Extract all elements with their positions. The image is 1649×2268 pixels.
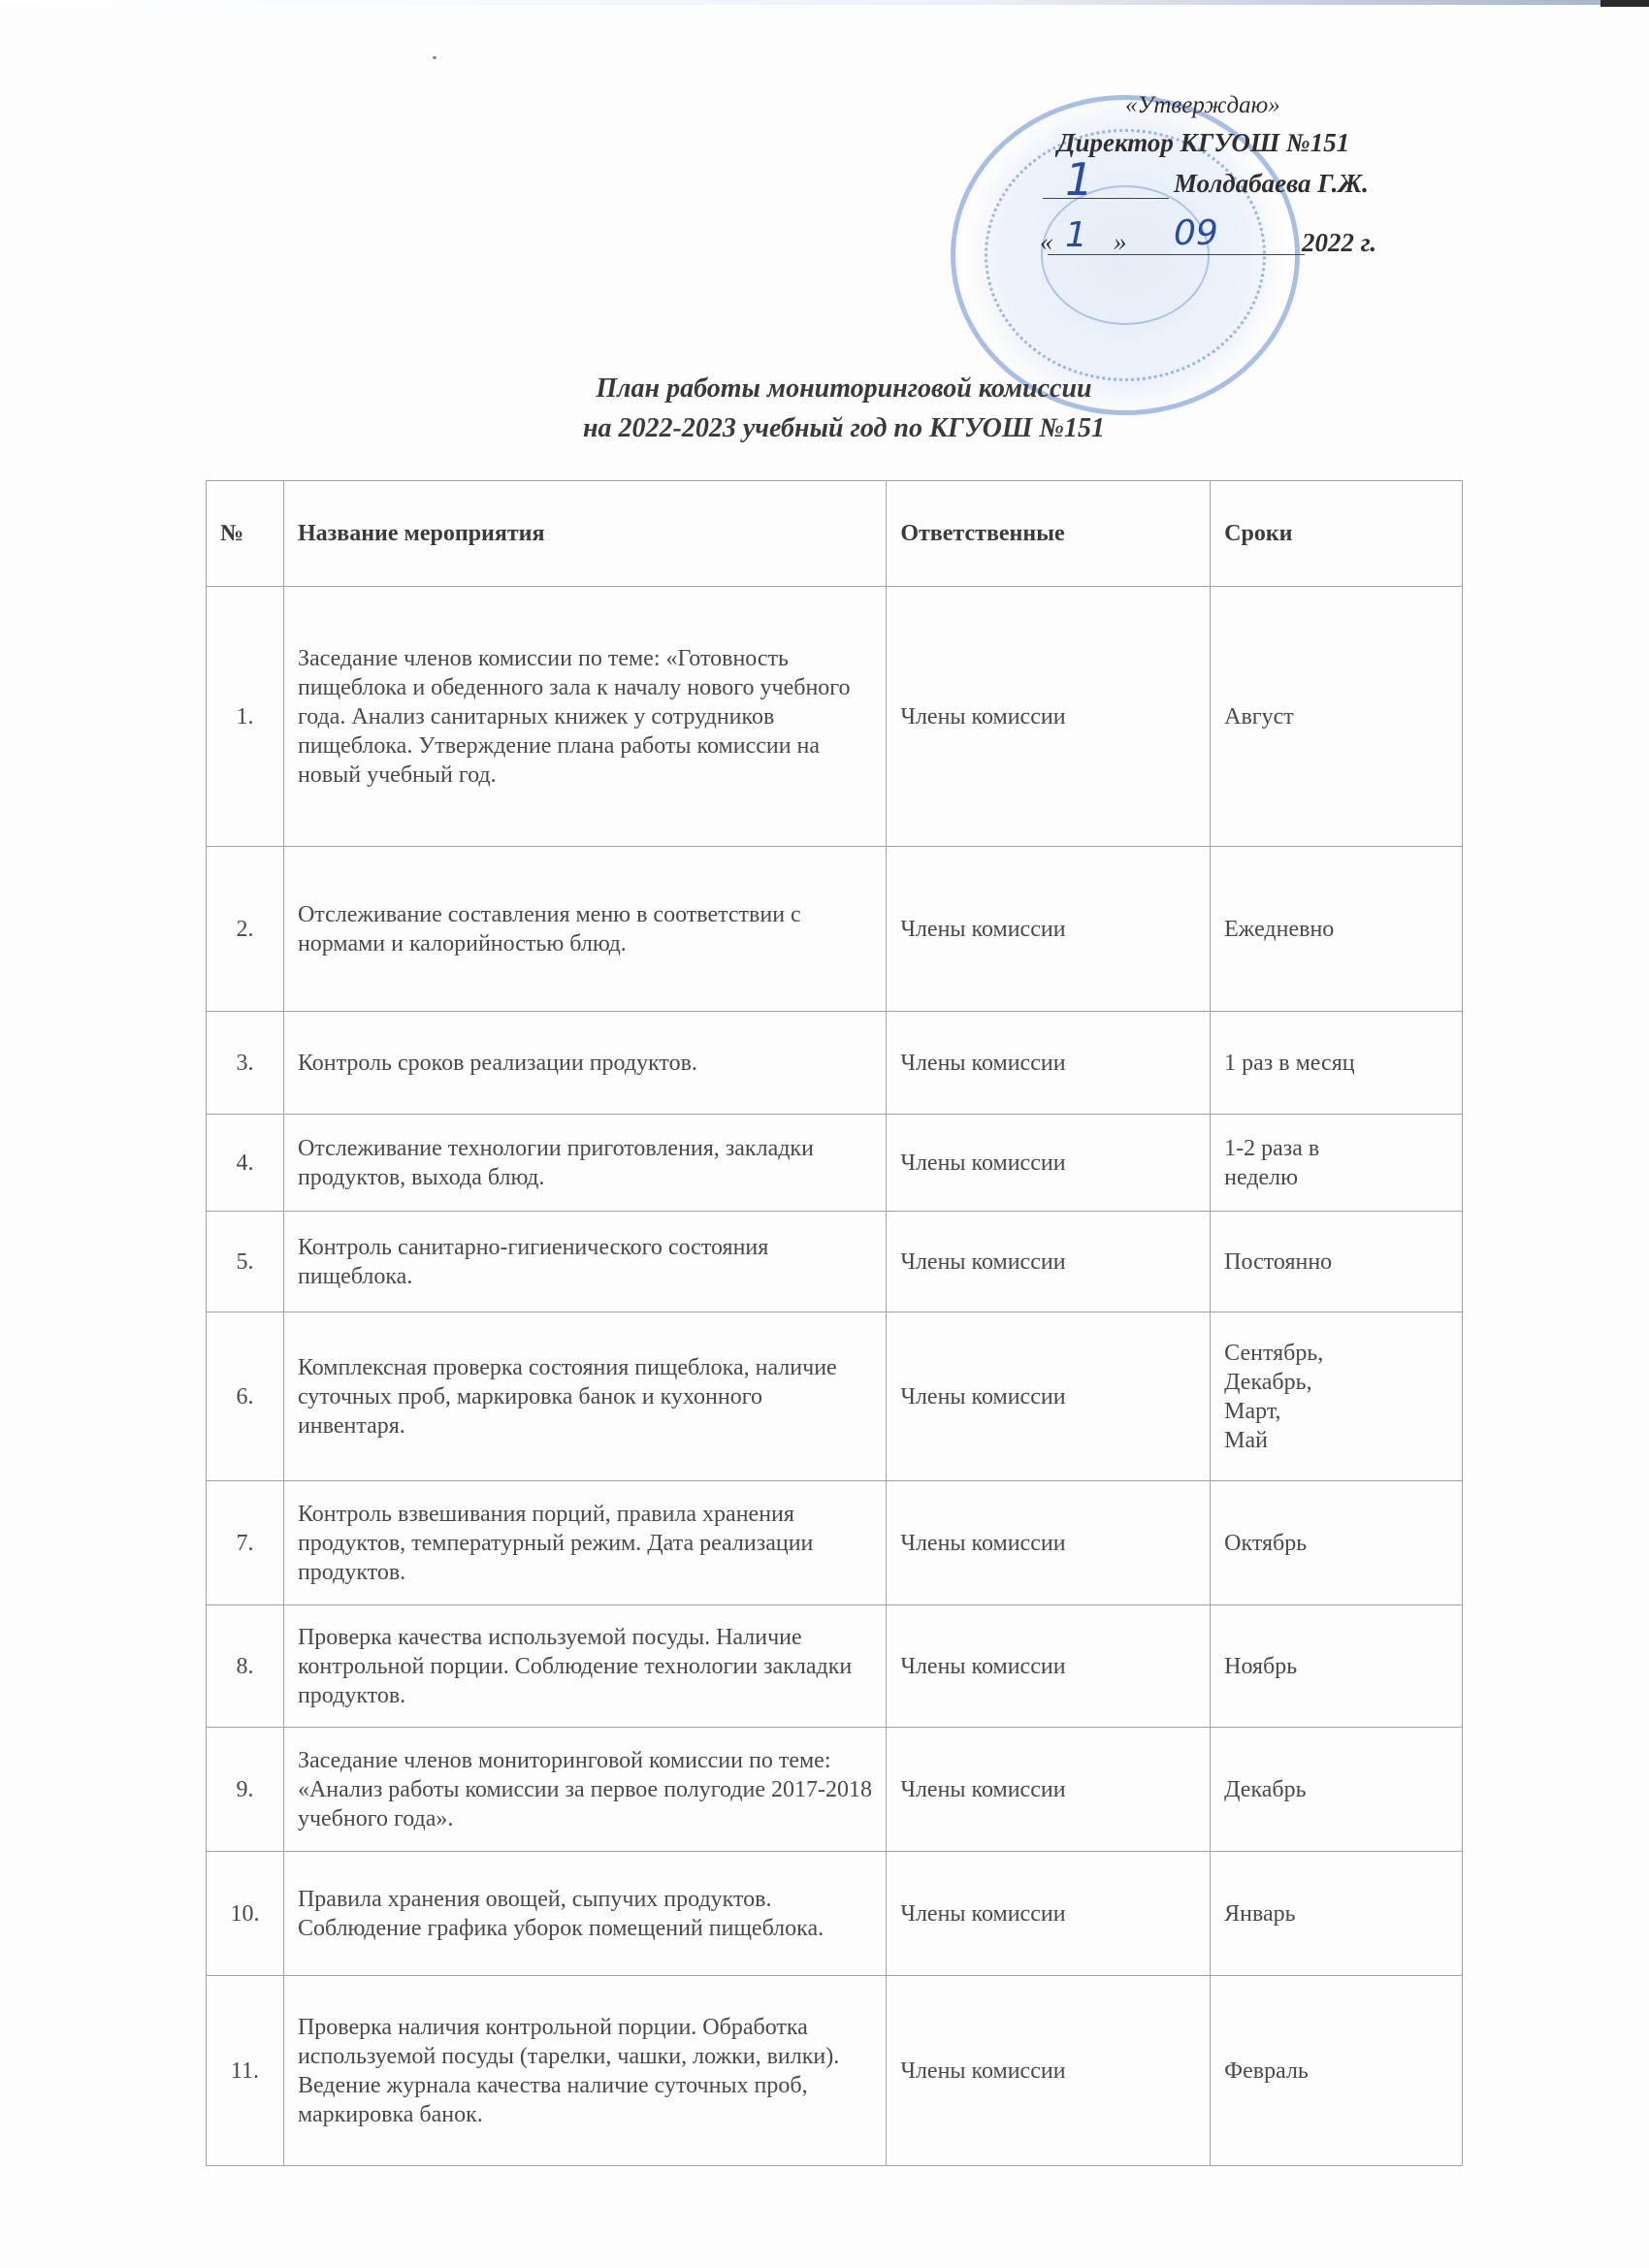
document-title-line2: на 2022-2023 учебный год по КГУОШ №151 [0,413,1649,444]
event-name: Комплексная проверка состояния пищеблока… [283,1312,886,1481]
scan-corner-mark [1600,0,1649,7]
row-number: 4. [207,1115,284,1212]
term-line: Февраль [1224,2057,1448,2086]
responsible: Члены комиссии [887,1605,1211,1728]
table-row: 8.Проверка качества используемой посуды.… [207,1605,1463,1728]
header-name: Название мероприятия [283,481,886,587]
handwritten-month: 09 [1174,213,1218,253]
term-line: Март, [1224,1397,1448,1426]
date-quote-open: « [1040,227,1053,257]
plan-table-body: 1.Заседание членов комиссии по теме: «Го… [207,587,1463,2166]
scan-speck [433,56,436,59]
event-name: Заседание членов комиссии по теме: «Гото… [283,587,886,847]
date-year: 2022 г. [1302,228,1376,258]
header-num: № [207,481,284,587]
term: Февраль [1211,1976,1463,2166]
term: 1 раз в месяц [1211,1012,1463,1115]
plan-table: № Название мероприятия Ответственные Сро… [206,480,1463,2166]
term: Август [1211,587,1463,847]
event-name: Отслеживание технологии приготовления, з… [283,1115,886,1212]
row-number: 10. [207,1852,284,1976]
term-line: Ноябрь [1224,1652,1448,1681]
responsible: Члены комиссии [887,1728,1211,1852]
director-name: Молдабаева Г.Ж. [1174,169,1369,199]
table-header-row: № Название мероприятия Ответственные Сро… [207,481,1463,587]
responsible: Члены комиссии [887,587,1211,847]
row-number: 1. [207,587,284,847]
responsible: Члены комиссии [887,1852,1211,1976]
term-line: Декабрь [1224,1775,1448,1804]
responsible: Члены комиссии [887,1312,1211,1481]
responsible: Члены комиссии [887,1976,1211,2166]
row-number: 6. [207,1312,284,1481]
term-line: Ежедневно [1224,915,1448,944]
term: Постоянно [1211,1212,1463,1312]
signature-line [1043,198,1169,199]
term: 1-2 раза внеделю [1211,1115,1463,1212]
event-name: Контроль сроков реализации продуктов. [283,1012,886,1115]
responsible: Члены комиссии [887,1481,1211,1605]
table-row: 7.Контроль взвешивания порций, правила х… [207,1481,1463,1605]
approve-label: «Утверждаю» [1125,92,1280,119]
term: Октябрь [1211,1481,1463,1605]
term-line: 1 раз в месяц [1224,1049,1448,1078]
table-row: 9.Заседание членов мониторинговой комисс… [207,1728,1463,1852]
event-name: Проверка качества используемой посуды. Н… [283,1605,886,1728]
term-line: Май [1224,1426,1448,1455]
term-line: 1-2 раза в [1224,1134,1448,1163]
row-number: 2. [207,847,284,1012]
header-responsible: Ответственные [887,481,1211,587]
term-line: Август [1224,702,1448,731]
row-number: 11. [207,1976,284,2166]
table-row: 11.Проверка наличия контрольной порции. … [207,1976,1463,2166]
term-line: Октябрь [1224,1529,1448,1558]
row-number: 7. [207,1481,284,1605]
handwritten-day: 1 [1065,215,1087,255]
responsible: Члены комиссии [887,847,1211,1012]
director-position: Директор КГУОШ №151 [1057,128,1349,158]
event-name: Заседание членов мониторинговой комиссии… [283,1728,886,1852]
header-term: Сроки [1211,481,1463,587]
term: Ежедневно [1211,847,1463,1012]
date-quote-close: » [1114,227,1127,257]
event-name: Контроль взвешивания порций, правила хра… [283,1481,886,1605]
responsible: Члены комиссии [887,1012,1211,1115]
row-number: 3. [207,1012,284,1115]
row-number: 5. [207,1212,284,1312]
event-name: Проверка наличия контрольной порции. Обр… [283,1976,886,2166]
event-name: Правила хранения овощей, сыпучих продукт… [283,1852,886,1976]
row-number: 8. [207,1605,284,1728]
table-row: 10.Правила хранения овощей, сыпучих прод… [207,1852,1463,1976]
row-number: 9. [207,1728,284,1852]
term-line: Постоянно [1224,1247,1448,1277]
table-row: 6.Комплексная проверка состояния пищебло… [207,1312,1463,1481]
table-row: 3.Контроль сроков реализации продуктов.Ч… [207,1012,1463,1115]
date-line [1048,254,1305,255]
table-row: 2.Отслеживание составления меню в соотве… [207,847,1463,1012]
scan-top-edge [0,0,1600,5]
term-line: Январь [1224,1899,1448,1928]
term-line: неделю [1224,1163,1448,1192]
responsible: Члены комиссии [887,1115,1211,1212]
table-row: 5.Контроль санитарно-гигиенического сост… [207,1212,1463,1312]
table-row: 4.Отслеживание технологии приготовления,… [207,1115,1463,1212]
event-name: Контроль санитарно-гигиенического состоя… [283,1212,886,1312]
document-title-line1: План работы мониторинговой комиссии [0,373,1649,405]
term: Декабрь [1211,1728,1463,1852]
term-line: Декабрь, [1224,1368,1448,1397]
term: Январь [1211,1852,1463,1976]
table-row: 1.Заседание членов комиссии по теме: «Го… [207,587,1463,847]
term: Сентябрь,Декабрь,Март,Май [1211,1312,1463,1481]
term-line: Сентябрь, [1224,1339,1448,1368]
responsible: Члены комиссии [887,1212,1211,1312]
event-name: Отслеживание составления меню в соответс… [283,847,886,1012]
term: Ноябрь [1211,1605,1463,1728]
